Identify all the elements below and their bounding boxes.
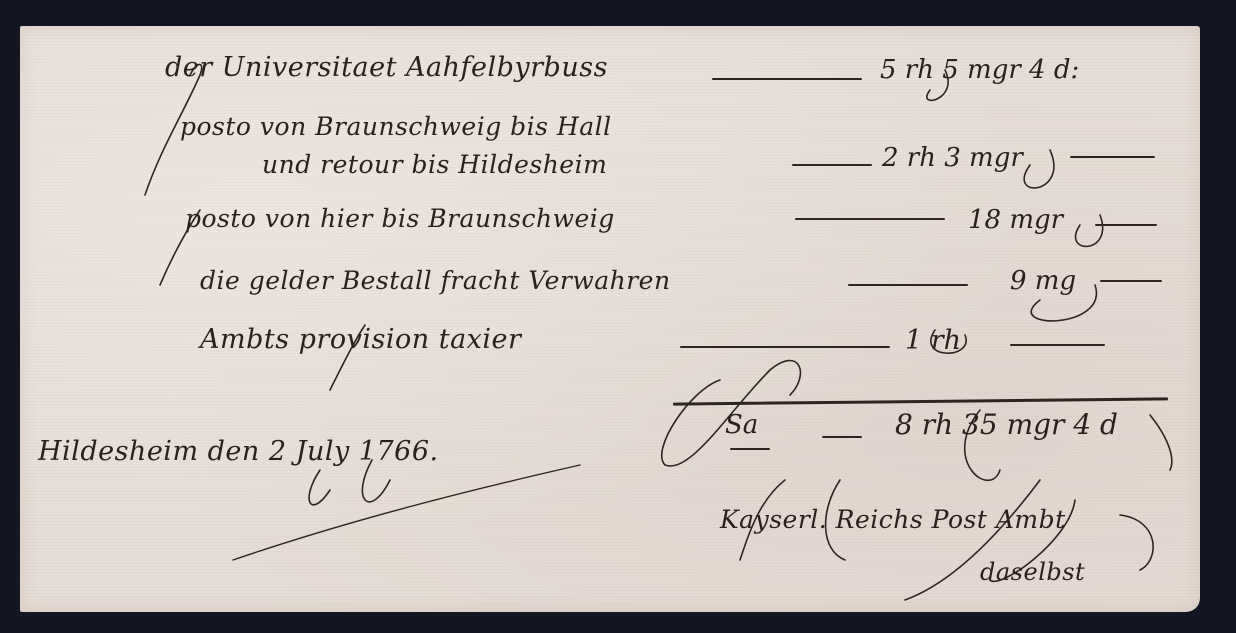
- entry-description: die gelder Bestall fracht Verwahren: [200, 266, 671, 295]
- signature-line-2: daselbst: [980, 558, 1085, 586]
- total-amount: 8 rh 35 mgr 4 d: [895, 408, 1118, 441]
- entry-rule: [1070, 156, 1155, 158]
- entry-amount: 2 rh 3 mgr: [882, 143, 1023, 173]
- entry-description: Ambts provision taxier: [200, 324, 521, 355]
- entry-amount: 18 mgr: [968, 205, 1063, 235]
- signature-line-1: Kayserl. Reichs Post Ambt: [720, 505, 1066, 534]
- total-dash: [822, 436, 862, 438]
- total-label: Sa: [725, 410, 758, 440]
- entry-rule: [1010, 344, 1105, 346]
- entry-amount: 5 rh 5 mgr 4 d:: [880, 55, 1079, 85]
- total-label-underline: [730, 448, 770, 450]
- entry-description: posto von Braunschweig bis Hall: [180, 112, 612, 141]
- entry-rule: [795, 218, 945, 220]
- entry-amount: 9 mg: [1010, 266, 1076, 296]
- entry-rule: [848, 284, 968, 286]
- entry-rule: [792, 164, 872, 166]
- entry-rule: [1095, 224, 1157, 226]
- entry-rule: [1100, 280, 1162, 282]
- entry-rule: [680, 346, 890, 348]
- entry-description: und retour bis Hildesheim: [262, 150, 607, 179]
- entry-description: posto von hier bis Braunschweig: [185, 204, 615, 233]
- place-date: Hildesheim den 2 July 1766.: [38, 436, 439, 467]
- entry-description: der Universitaet Aahfelbyrbuss: [165, 52, 608, 83]
- entry-rule: [712, 78, 862, 80]
- entry-amount: 1 rh: [905, 325, 961, 356]
